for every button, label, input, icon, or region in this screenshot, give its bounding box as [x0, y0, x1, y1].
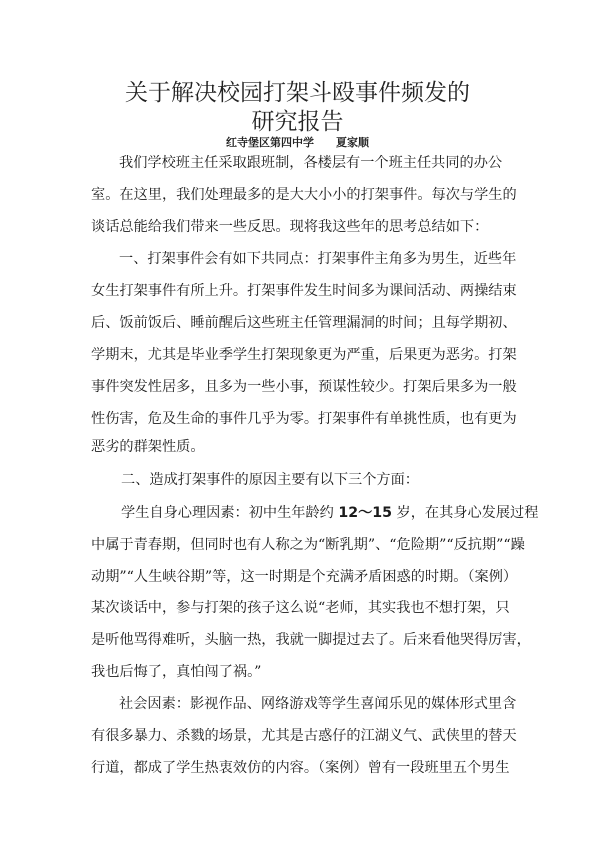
paragraph-line: 恶劣的群架性质。 [91, 437, 511, 457]
paragraph-line: 动期”“人生峡谷期”等，这一时期是个充满矛盾困惑的时期。（案例） [91, 567, 511, 587]
paragraph-line: 室。在这里，我们处理最多的是大大小小的打架事件。每次与学生的 [91, 185, 511, 205]
paragraph-line: 学期末，尤其是毕业季学生打架现象更为严重，后果更为恶劣。打架 [91, 345, 511, 365]
author-name: 夏家顺 [336, 136, 369, 149]
section-heading-1: 一、打架事件会有如下共同点：打架事件主角多为男生，近些年 [119, 249, 539, 269]
paragraph-line: 性伤害，危及生命的事件几乎为零。打架事件有单挑性质，也有更为 [91, 409, 511, 429]
section-heading-2: 二、造成打架事件的原因主要有以下三个方面： [121, 470, 541, 490]
paragraph-line: 我们学校班主任采取跟班制，各楼层有一个班主任共同的办公 [119, 153, 539, 173]
paragraph-line: 事件突发性居多，且多为一些小事，预谋性较少。打架后果多为一般 [91, 377, 511, 397]
author-line: 红寺堡区第四中学夏家顺 [0, 134, 595, 150]
title-line-2: 研究报告 [0, 103, 595, 136]
paragraph-line: 学生自身心理因素：初中生年龄约 12～15 岁，在其身心发展过程 [121, 503, 541, 523]
paragraph-line: 后、饭前饭后、睡前醒后这些班主任管理漏洞的时间；且每学期初、 [91, 313, 511, 333]
author-school: 红寺堡区第四中学 [226, 136, 314, 149]
text-segment: 岁，在其身心发展过程 [392, 505, 538, 521]
paragraph-line: 社会因素：影视作品、网络游戏等学生喜闻乐见的媒体形式里含 [119, 694, 539, 714]
paragraph-line: 有很多暴力、杀戮的场景，尤其是古惑仔的江湖义气、武侠里的替天 [91, 726, 511, 746]
paragraph-line: 中属于青春期，但同时也有人称之为“断乳期”、“危险期”“反抗期”“躁 [91, 535, 511, 555]
paragraph-line: 某次谈话中，参与打架的孩子这么说“老师，其实我也不想打架，只 [91, 598, 511, 618]
paragraph-line: 谈话总能给我们带来一些反思。现将我这些年的思考总结如下： [91, 217, 511, 237]
age-range: 12～15 [338, 505, 392, 521]
paragraph-line: 我也后悔了，真怕闯了祸。” [91, 662, 511, 682]
paragraph-line: 行道，都成了学生热衷效仿的内容。（案例）曾有一段班里五个男生 [91, 758, 511, 778]
paragraph-line: 女生打架事件有所上升。打架事件发生时间多为课间活动、两操结束 [91, 281, 511, 301]
paragraph-line: 是听他骂得难听，头脑一热，我就一脚提过去了。后来看他哭得厉害， [91, 630, 511, 650]
document-page: 关于解决校园打架斗殴事件频发的 研究报告 红寺堡区第四中学夏家顺 我们学校班主任… [0, 0, 595, 842]
text-segment: 学生自身心理因素：初中生年龄约 [121, 505, 338, 521]
